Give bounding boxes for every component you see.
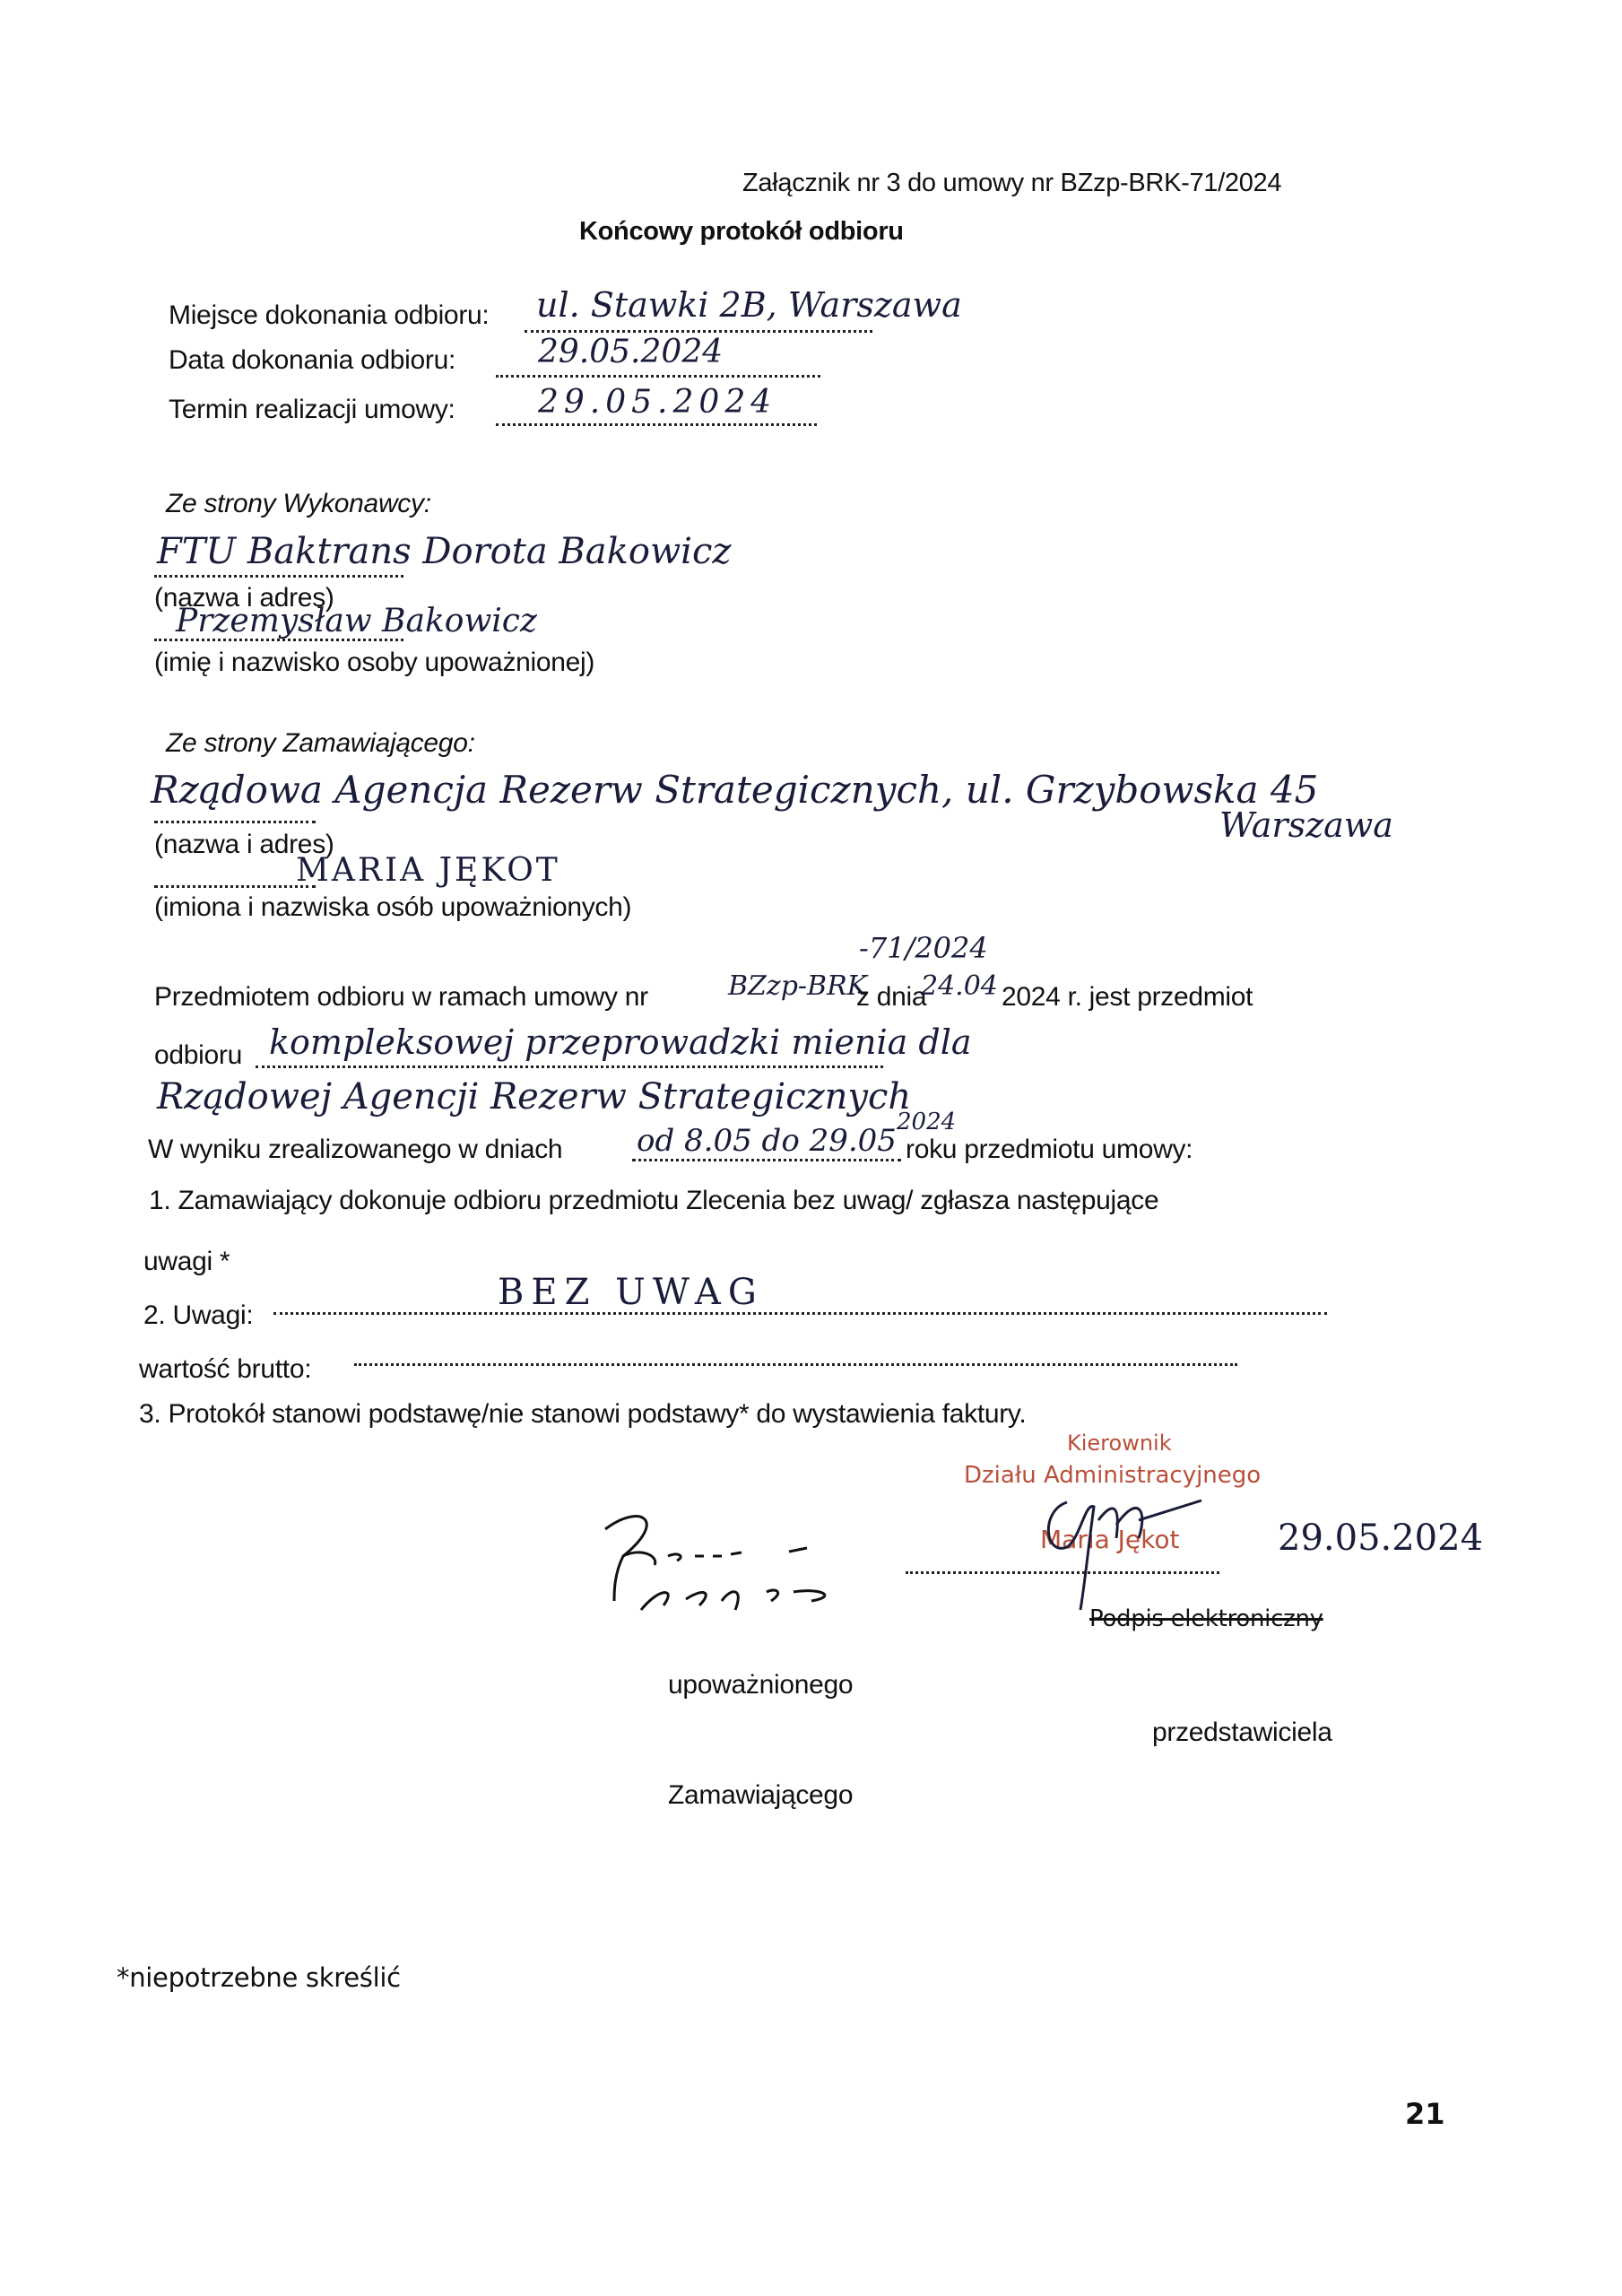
place-label: Miejsce dokonania odbioru: <box>169 300 489 331</box>
footnote: *niepotrzebne skreślić <box>117 1962 401 1993</box>
contractor-person-value[interactable]: Przemysław Bakowicz <box>176 603 537 639</box>
signature-date[interactable]: 29.05.2024 <box>1278 1518 1483 1559</box>
contract-number-insert[interactable]: -71/2024 <box>859 931 988 965</box>
point-2-label: 2. Uwagi: <box>143 1300 253 1331</box>
contractor-heading: Ze strony Wykonawcy: <box>166 489 431 519</box>
odbioru-label: odbioru <box>154 1040 242 1071</box>
contract-date-value[interactable]: 24.04 <box>921 970 998 1002</box>
label-client: Zamawiającego <box>668 1780 853 1811</box>
subject-value-line2[interactable]: Rządowej Agencji Rezerw Strategicznych <box>157 1076 911 1118</box>
date-dotline <box>496 375 820 378</box>
gross-value-label: wartość brutto: <box>139 1354 311 1385</box>
deadline-label: Termin realizacji umowy: <box>169 395 455 425</box>
place-value[interactable]: ul. Stawki 2B, Warszawa <box>536 285 962 325</box>
label-representative: przedstawiciela <box>1152 1718 1332 1748</box>
remarks-value[interactable]: BEZ UWAG <box>498 1272 764 1313</box>
remarks-dotline <box>273 1312 1327 1315</box>
subject-text-before: Przedmiotem odbioru w ramach umowy nr <box>154 982 648 1013</box>
signature-dotline <box>906 1571 1219 1574</box>
page-number: 21 <box>1405 2097 1445 2131</box>
deadline-dotline <box>496 423 817 426</box>
date-value[interactable]: 29.05.2024 <box>538 334 723 370</box>
deadline-value[interactable]: 29.05.2024 <box>538 384 776 421</box>
label-authorized: upoważnionego <box>668 1670 853 1700</box>
place-dotline <box>525 330 872 333</box>
electronic-signature-label: Podpis elektroniczny <box>1089 1605 1323 1632</box>
subject-text-mid: z dnia <box>856 982 926 1013</box>
contractor-person-caption: (imię i nazwisko osoby upoważnionej) <box>154 648 594 678</box>
point-1: 1. Zamawiający dokonuje odbioru przedmio… <box>149 1186 1158 1216</box>
client-person-dotline <box>154 885 316 888</box>
document-title: Końcowy protokół odbioru <box>579 217 904 247</box>
annex-reference: Załącznik nr 3 do umowy nr BZzp-BRK-71/2… <box>742 169 1281 198</box>
result-dates-value[interactable]: od 8.05 do 29.05 <box>637 1123 897 1159</box>
client-person-value[interactable]: MARIA JĘKOT <box>296 852 560 889</box>
subject-text-after: 2024 r. jest przedmiot <box>1002 982 1253 1013</box>
point-3: 3. Protokół stanowi podstawę/nie stanowi… <box>139 1399 1026 1430</box>
client-name-dotline <box>154 821 316 823</box>
stamp-title-line1: Kierownik <box>1067 1431 1172 1456</box>
date-label: Data dokonania odbioru: <box>169 345 455 376</box>
client-person-caption: (imiona i nazwiska osób upoważnionych) <box>154 892 631 923</box>
contractor-signature-icon <box>587 1502 910 1628</box>
contractor-name-dotline <box>154 575 403 578</box>
client-heading: Ze strony Zamawiającego: <box>166 728 475 759</box>
result-text-after: roku przedmiotu umowy: <box>906 1135 1193 1165</box>
point-1-continued: uwagi * <box>143 1247 230 1277</box>
subject-value-line1[interactable]: kompleksowej przeprowadzki mienia dla <box>269 1022 972 1062</box>
client-name-value-line2[interactable]: Warszawa <box>1219 805 1393 845</box>
gross-value-field[interactable] <box>354 1363 1237 1366</box>
result-text-before: W wyniku zrealizowanego w dniach <box>148 1135 562 1165</box>
subject-dotline <box>256 1065 883 1068</box>
result-dotline <box>632 1159 901 1161</box>
contractor-name-value[interactable]: FTU Baktrans Dorota Bakowicz <box>157 531 731 572</box>
year-insert[interactable]: 2024 <box>897 1109 956 1135</box>
contract-number-value[interactable]: BZzp-BRK <box>728 970 867 1002</box>
client-name-value[interactable]: Rządowa Agencja Rezerw Strategicznych, u… <box>151 768 1318 812</box>
